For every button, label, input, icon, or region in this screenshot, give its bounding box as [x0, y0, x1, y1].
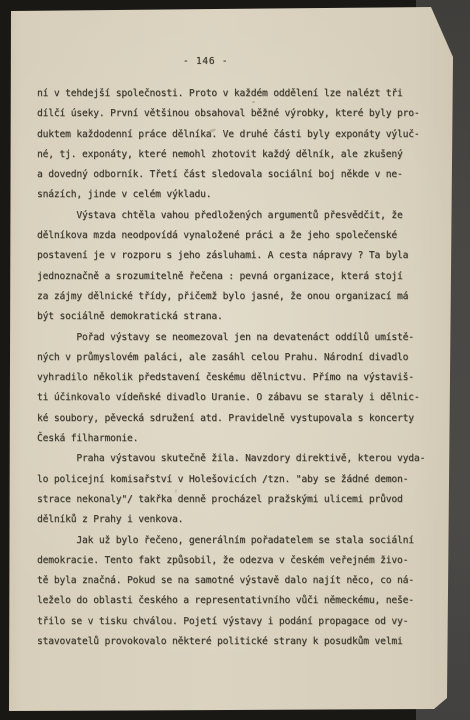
text-line: a dovedný odborník. Třetí část sledovala…	[37, 165, 437, 185]
text-line: duktem každodenní práce dělníka. Ve druh…	[37, 125, 437, 145]
text-line: strace nekonaly"/ takřka denně procházel…	[37, 490, 437, 510]
text-line: Pořad výstavy se neomezoval jen na devat…	[37, 328, 437, 348]
scanned-document-page: - 146 - ní v tehdejší společnosti. Proto…	[0, 0, 470, 720]
text-line: vyhradilo několik představení českému dě…	[37, 368, 437, 388]
text-line: lo policejní komisařství v Holešovicích …	[37, 470, 437, 490]
text-line: za zájmy dělnické třídy, přičemž bylo ja…	[37, 287, 437, 307]
text-line: třilo se v tisku chválou. Pojetí výstavy…	[37, 612, 437, 632]
page-body-text: ní v tehdejší společnosti. Proto v každé…	[37, 84, 437, 652]
text-line: dílčí úseky. První většinou obsahoval bě…	[37, 104, 437, 124]
text-line: demokracie. Tento fakt způsobil, že odez…	[37, 551, 437, 571]
text-line: Výstava chtěla vahou předložených argume…	[37, 206, 437, 226]
text-line: Jak už bylo řečeno, generálním pořadatel…	[37, 531, 437, 551]
paper-speck	[117, 296, 120, 299]
text-line: Praha výstavou skutečně žila. Navzdory d…	[37, 449, 437, 469]
text-line: stavovatelů provokovalo některé politick…	[37, 632, 437, 652]
text-line: postavení je v rozporu s jeho zásluhami.…	[37, 246, 437, 266]
text-line: leželo do oblasti českého a representati…	[37, 591, 437, 611]
text-line: dělníkova mzda neodpovídá vynaložené prá…	[37, 226, 437, 246]
text-line: Česká filharmonie.	[37, 429, 437, 449]
text-line: snázích, jinde v celém výkladu.	[37, 185, 437, 205]
text-line: být sociálně demokratická strana.	[37, 307, 437, 327]
text-line: ké soubory, pěvecká sdružení atd. Pravid…	[37, 409, 437, 429]
page-number: - 146 -	[183, 56, 228, 67]
text-line: ti účinkovalo vídeňské divadlo Uranie. O…	[37, 388, 437, 408]
text-line: ní v tehdejší společnosti. Proto v každé…	[37, 84, 437, 104]
paper-speck	[175, 489, 177, 493]
text-line: dělníků z Prahy i venkova.	[37, 510, 437, 530]
text-line: né, tj. exponáty, které nemohl zhotovit …	[37, 145, 437, 165]
text-line: ných v průmyslovém paláci, ale zasáhl ce…	[37, 348, 437, 368]
page-paper: - 146 - ní v tehdejší společnosti. Proto…	[0, 0, 470, 720]
paper-speck	[252, 101, 255, 103]
text-line: tě byla značná. Pokud se na samotné výst…	[37, 571, 437, 591]
text-line: jednoznačně a srozumitelně řečena : pevn…	[37, 267, 437, 287]
